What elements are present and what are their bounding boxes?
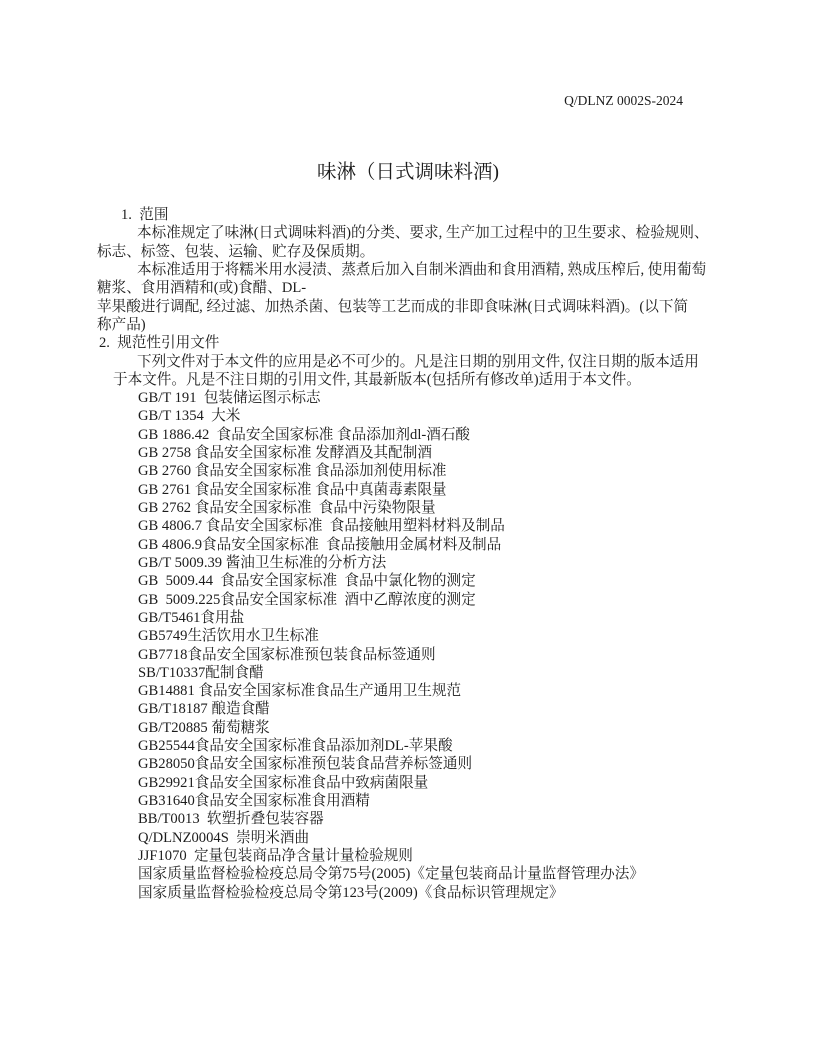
reference-item: GB 2760 食品安全国家标准 食品添加剂使用标准 [97, 462, 757, 480]
reference-item: GB5749生活饮用水卫生标准 [97, 627, 757, 645]
document-page: Q/DLNZ 0002S-2024 味淋（日式调味料酒) 1. 范围 本标准规定… [0, 0, 816, 1056]
scope-paragraph-line: 苹果酸进行调配, 经过滤、加热杀菌、包装等工艺而成的非即食味淋(日式调味料酒)。… [97, 298, 757, 316]
reference-item: GB 5009.44 食品安全国家标准 食品中氯化物的测定 [97, 572, 757, 590]
reference-item: GB 5009.225食品安全国家标准 酒中乙醇浓度的测定 [97, 591, 757, 609]
scope-paragraph-line: 称产品) [97, 316, 757, 334]
reference-item: GB/T 5009.39 酱油卫生标准的分析方法 [97, 554, 757, 572]
reference-item: GB/T18187 酿造食醋 [97, 700, 757, 718]
document-body: 1. 范围 本标准规定了味淋(日式调味料酒)的分类、要求, 生产加工过程中的卫生… [97, 206, 757, 902]
reference-item: GB/T 1354 大米 [97, 407, 757, 425]
scope-paragraph-line: 本标准适用于将糯米用水浸渍、蒸煮后加入自制米酒曲和食用酒精, 熟成压榨后, 使用… [97, 261, 757, 279]
reference-item: GB14881 食品安全国家标准食品生产通用卫生规范 [97, 682, 757, 700]
reference-item: GB31640食品安全国家标准食用酒精 [97, 792, 757, 810]
reference-item: GB/T 191 包装储运图示标志 [97, 389, 757, 407]
reference-item: 国家质量监督检验检疫总局令第123号(2009)《食品标识管理规定》 [97, 884, 757, 902]
reference-item: GB 4806.9食品安全国家标准 食品接触用金属材料及制品 [97, 536, 757, 554]
reference-item: BB/T0013 软塑折叠包装容器 [97, 810, 757, 828]
scope-paragraph-line: 本标准规定了味淋(日式调味料酒)的分类、要求, 生产加工过程中的卫生要求、检验规… [97, 224, 757, 242]
reference-item: JJF1070 定量包装商品净含量计量检验规则 [97, 847, 757, 865]
page-title: 味淋（日式调味料酒) [0, 160, 816, 185]
references-intro-line: 下列文件对于本文件的应用是必不可少的。凡是注日期的别用文件, 仅注日期的版本适用 [97, 353, 757, 371]
reference-item: Q/DLNZ0004S 崇明米酒曲 [97, 829, 757, 847]
references-intro-line: 于本文件。凡是不注日期的引用文件, 其最新版本(包括所有修改单)适用于本文件。 [97, 371, 757, 389]
reference-item: GB 1886.42 食品安全国家标准 食品添加剂dl-酒石酸 [97, 426, 757, 444]
scope-paragraph-line: 标志、标签、包装、运输、贮存及保质期。 [97, 243, 757, 261]
reference-item: 国家质量监督检验检疫总局令第75号(2005)《定量包装商品计量监督管理办法》 [97, 865, 757, 883]
scope-paragraph-line: 糖浆、食用酒精和(或)食醋、DL- [97, 279, 757, 297]
reference-item: GB 4806.7 食品安全国家标准 食品接触用塑料材料及制品 [97, 517, 757, 535]
reference-item: GB25544食品安全国家标准食品添加剂DL-苹果酸 [97, 737, 757, 755]
reference-item: GB29921食品安全国家标准食品中致病菌限量 [97, 774, 757, 792]
section-heading-scope: 1. 范围 [97, 206, 757, 224]
reference-item: SB/T10337配制食醋 [97, 664, 757, 682]
doc-number: Q/DLNZ 0002S-2024 [564, 93, 683, 108]
section-heading-references: 2. 规范性引用文件 [97, 334, 757, 352]
reference-item: GB28050食品安全国家标准预包装食品营养标签通则 [97, 755, 757, 773]
reference-item: GB/T20885 葡萄糖浆 [97, 719, 757, 737]
reference-item: GB/T5461食用盐 [97, 609, 757, 627]
reference-item: GB 2762 食品安全国家标准 食品中污染物限量 [97, 499, 757, 517]
reference-item: GB 2761 食品安全国家标准 食品中真菌毒素限量 [97, 481, 757, 499]
reference-item: GB7718食品安全国家标准预包装食品标签通则 [97, 646, 757, 664]
reference-item: GB 2758 食品安全国家标准 发酵酒及其配制酒 [97, 444, 757, 462]
